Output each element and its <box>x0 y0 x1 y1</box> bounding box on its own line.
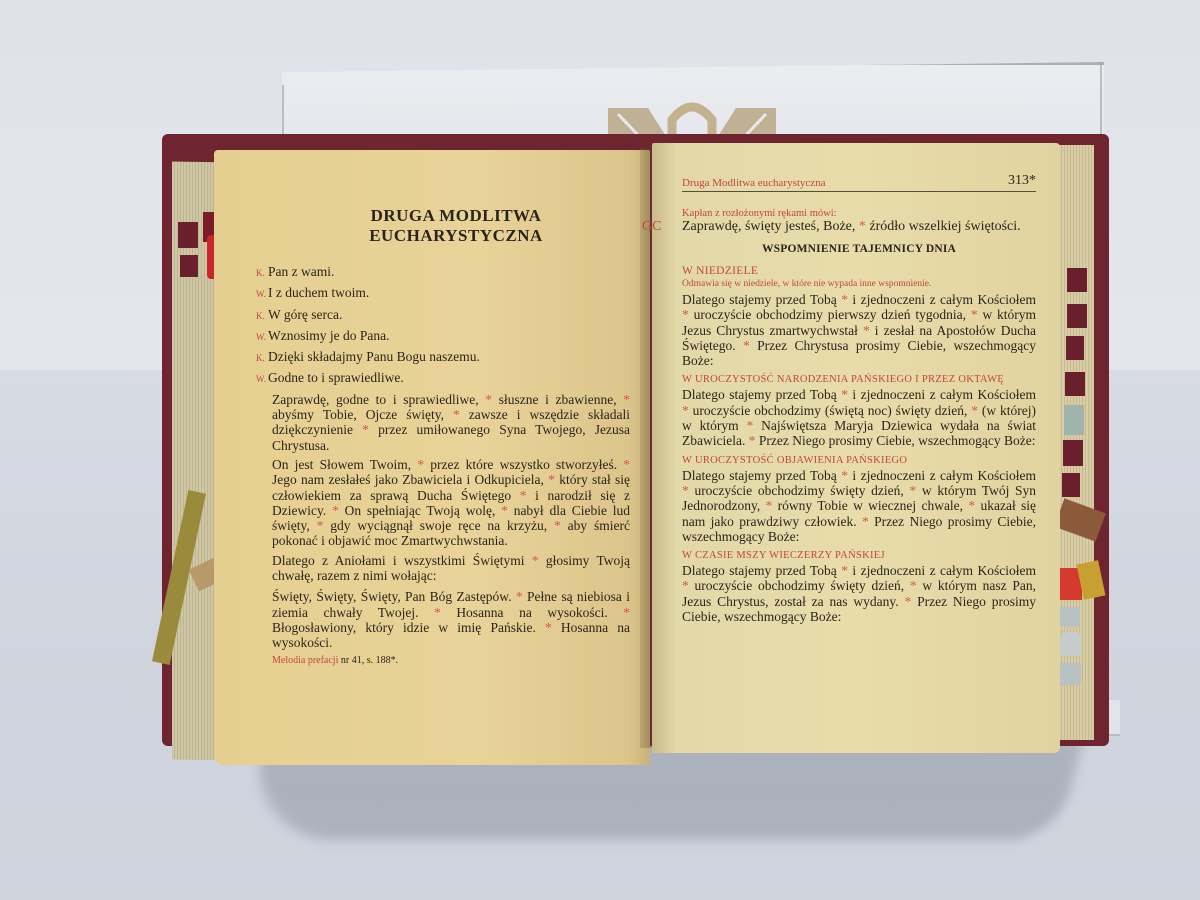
asterisk-mark: * <box>548 472 555 487</box>
melody-footnote: Melodia prefacji nr 41, s. 188*. <box>272 655 630 666</box>
asterisk-mark: * <box>317 518 324 533</box>
asterisk-mark: * <box>747 418 754 433</box>
page-number: 313* <box>1008 173 1036 189</box>
text-segment: On spełniając Twoją wolę, <box>345 503 496 518</box>
asterisk-mark: * <box>862 514 869 529</box>
asterisk-mark: * <box>434 605 441 620</box>
right-page: Druga Modlitwa eucharystyczna 313* Kapła… <box>652 143 1060 753</box>
asterisk-mark: * <box>516 589 523 604</box>
text-segment: Dlatego z Aniołami i wszystkimi Świętymi <box>272 553 525 568</box>
asterisk-mark: * <box>682 483 689 498</box>
text-segment: Dlatego stajemy przed Tobą <box>682 563 837 578</box>
bookmark-tab[interactable] <box>178 222 198 248</box>
asterisk-mark: * <box>909 483 916 498</box>
photo-scene: DRUGA MODLITWA EUCHARYSTYCZNA K.Pan z wa… <box>0 0 1200 900</box>
asterisk-mark: * <box>971 403 978 418</box>
opening-line: GC Zaprawdę, święty jesteś, Boże, * źród… <box>682 219 1036 235</box>
asterisk-mark: * <box>766 498 773 513</box>
dialogue-text: W górę serca. <box>268 307 342 322</box>
text-segment: Jego nam zesłałeś jako Zbawiciela i Odku… <box>272 472 544 487</box>
left-page: DRUGA MODLITWA EUCHARYSTYCZNA K.Pan z wa… <box>214 150 650 765</box>
commemoration-paragraph: Dlatego stajemy przed Tobą * i zjednocze… <box>682 468 1036 544</box>
preface-paragraph: On jest Słowem Twoim, * przez które wszy… <box>272 457 630 549</box>
asterisk-mark: * <box>841 468 848 483</box>
dialogue-line: W.Godne to i sprawiedliwe. <box>272 370 630 387</box>
text-segment: Hosanna na wysokości. <box>456 605 607 620</box>
text-segment: Dlatego stajemy przed Tobą <box>682 468 837 483</box>
asterisk-mark: * <box>682 578 689 593</box>
text-segment: uroczyście obchodzimy święty dzień, <box>694 483 903 498</box>
asterisk-mark: * <box>682 403 689 418</box>
section-title: WSPOMNIENIE TAJEMNICY DNIA <box>682 243 1036 255</box>
dialogue-line: K.Pan z wami. <box>272 264 630 281</box>
gc-marker: GC <box>642 219 661 235</box>
footnote-rubric: Melodia prefacji <box>272 655 338 666</box>
bookmark-tab[interactable] <box>1066 336 1084 360</box>
bookmark-tab[interactable] <box>1063 440 1083 466</box>
text-segment: i zjednoczeni z całym Kościołem <box>852 292 1036 307</box>
text-segment: uroczyście obchodzimy pierwszy dzień tyg… <box>694 307 966 322</box>
text-segment: abyśmy Tobie, Ojcze święty, <box>272 407 444 422</box>
asterisk-mark: * <box>532 553 539 568</box>
bookmark-tab[interactable] <box>1059 632 1081 656</box>
bookmark-tab[interactable] <box>1062 473 1080 497</box>
bookmark-tab[interactable] <box>180 255 198 277</box>
text-segment: przez które wszystko stworzyłeś. <box>430 457 617 472</box>
text-segment: i zjednoczeni z całym Kościołem <box>852 468 1036 483</box>
asterisk-mark: * <box>520 488 527 503</box>
dialogue-line: K.Dzięki składajmy Panu Bogu naszemu. <box>272 349 630 366</box>
dialogue-text: Godne to i sprawiedliwe. <box>268 370 404 385</box>
commemoration-paragraph: Dlatego stajemy przed Tobą * i zjednocze… <box>682 292 1036 368</box>
bookmark-tab[interactable] <box>1067 268 1087 292</box>
asterisk-mark: * <box>863 323 870 338</box>
asterisk-mark: * <box>453 407 460 422</box>
rubric-instruction: Kapłan z rozłożonymi rękami mówi: <box>682 208 1036 219</box>
bookmark-tab[interactable] <box>1067 304 1087 328</box>
text-segment: Święty, Święty, Święty, Pan Bóg Zastępów… <box>272 589 512 604</box>
asterisk-mark: * <box>362 422 369 437</box>
bookmark-tab[interactable] <box>1060 607 1080 627</box>
section-heading: W NIEDZIELE <box>682 265 1036 277</box>
asterisk-mark: * <box>501 503 508 518</box>
footnote-reference: nr 41, s. 188*. <box>341 655 398 666</box>
asterisk-mark: * <box>623 605 630 620</box>
text-segment: i zjednoczeni z całym Kościołem <box>852 563 1036 578</box>
section-heading: W UROCZYSTOŚĆ OBJAWIENIA PAŃSKIEGO <box>682 455 1036 466</box>
commemoration-paragraph: Dlatego stajemy przed Tobą * i zjednocze… <box>682 387 1036 448</box>
asterisk-mark: * <box>904 594 911 609</box>
text-segment: Błogosławiony, który idzie w imię Pański… <box>272 620 536 635</box>
dialogue: K.Pan z wami. W.I z duchem twoim. K.W gó… <box>272 264 630 388</box>
section-heading: W CZASIE MSZY WIECZERZY PAŃSKIEJ <box>682 550 1036 561</box>
asterisk-mark: * <box>841 292 848 307</box>
text-segment: uroczyście obchodzimy święty dzień, <box>695 578 905 593</box>
asterisk-mark: * <box>623 392 630 407</box>
bookmark-tab[interactable] <box>1064 405 1084 435</box>
text-segment: Przez Chrystusa prosimy Ciebie, wszechmo… <box>682 338 1036 368</box>
response-marker: K. <box>256 309 268 324</box>
asterisk-mark: * <box>971 307 978 322</box>
text-segment: Zaprawdę, godne to i sprawiedliwe, <box>272 392 479 407</box>
dialogue-text: I z duchem twoim. <box>268 285 369 300</box>
asterisk-mark: * <box>859 219 866 234</box>
asterisk-mark: * <box>749 433 756 448</box>
text-segment: gdy wyciągnął swoje ręce na krzyżu, <box>330 518 547 533</box>
text-segment: i zjednoczeni z całym Kościołem <box>852 387 1036 402</box>
text-segment: Dlatego stajemy przed Tobą <box>682 292 837 307</box>
text-segment: Przez Niego prosimy Ciebie, wszechmogący… <box>759 433 1036 448</box>
text-segment: źródło wszelkiej świętości. <box>869 219 1020 234</box>
commemoration-paragraph: Dlatego stajemy przed Tobą * i zjednocze… <box>682 563 1036 624</box>
response-marker: W. <box>256 287 268 302</box>
asterisk-mark: * <box>417 457 424 472</box>
bookmark-tab[interactable] <box>1065 372 1085 396</box>
text-segment: Dlatego stajemy przed Tobą <box>682 387 837 402</box>
asterisk-mark: * <box>554 518 561 533</box>
asterisk-mark: * <box>910 578 917 593</box>
text-segment: równy Tobie w wiecznej chwale, <box>778 498 963 513</box>
dialogue-text: Dzięki składajmy Panu Bogu naszemu. <box>268 349 480 364</box>
prayer-title: DRUGA MODLITWA EUCHARYSTYCZNA <box>272 206 630 246</box>
section-rubric: Odmawia się w niedziele, w które nie wyp… <box>682 279 1036 289</box>
section-heading: W UROCZYSTOŚĆ NARODZENIA PAŃSKIEGO I PRZ… <box>682 374 1036 385</box>
dialogue-line: K.W górę serca. <box>272 307 630 324</box>
preface-paragraph: Zaprawdę, godne to i sprawiedliwe, * słu… <box>272 392 630 453</box>
dialogue-text: Wznosimy je do Pana. <box>268 328 389 343</box>
response-marker: W. <box>256 330 268 345</box>
response-marker: W. <box>256 372 268 387</box>
dialogue-text: Pan z wami. <box>268 264 334 279</box>
asterisk-mark: * <box>545 620 552 635</box>
text-segment: uroczyście obchodzimy (świętą noc) święt… <box>693 403 968 418</box>
text-segment: słuszne i zbawienne, <box>499 392 617 407</box>
asterisk-mark: * <box>968 498 975 513</box>
running-header: Druga Modlitwa eucharystyczna 313* <box>682 173 1036 192</box>
running-title: Druga Modlitwa eucharystyczna <box>682 177 826 189</box>
asterisk-mark: * <box>841 563 848 578</box>
response-marker: K. <box>256 351 268 366</box>
text-segment: On jest Słowem Twoim, <box>272 457 411 472</box>
sanctus-paragraph: Święty, Święty, Święty, Pan Bóg Zastępów… <box>272 589 630 650</box>
asterisk-mark: * <box>623 457 630 472</box>
dialogue-line: W.Wznosimy je do Pana. <box>272 328 630 345</box>
response-marker: K. <box>256 266 268 281</box>
asterisk-mark: * <box>743 338 750 353</box>
asterisk-mark: * <box>682 307 689 322</box>
asterisk-mark: * <box>841 387 848 402</box>
asterisk-mark: * <box>485 392 492 407</box>
dialogue-line: W.I z duchem twoim. <box>272 285 630 302</box>
bookmark-tab[interactable] <box>1059 663 1081 685</box>
preface-paragraph: Dlatego z Aniołami i wszystkimi Świętymi… <box>272 553 630 584</box>
asterisk-mark: * <box>332 503 339 518</box>
text-segment: Zaprawdę, święty jesteś, Boże, <box>682 219 855 234</box>
